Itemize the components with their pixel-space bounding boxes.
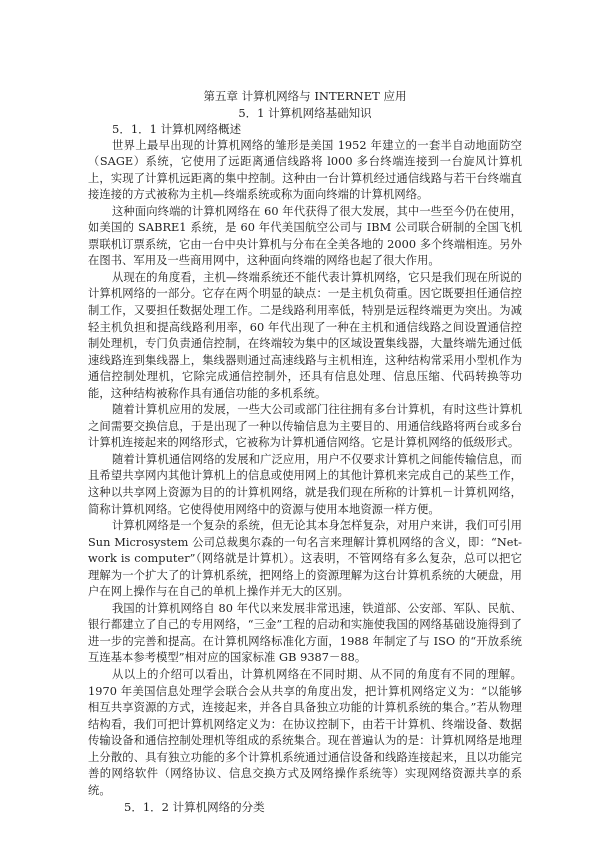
section-title: 5．1 计算机网络基础知识: [88, 105, 522, 122]
paragraph: 随着计算机通信网络的发展和广泛应用，用户不仅要求计算机之间能传输信息，而且希望共…: [88, 452, 522, 518]
subsection-heading-overview: 5．1．1 计算机网络概述: [88, 121, 522, 138]
paragraph: 从以上的介绍可以看出，计算机网络在不同时期、从不同的角度有不同的理解。1970 …: [88, 667, 522, 799]
paragraph: 从现在的角度看，主机—终端系统还不能代表计算机网络，它只是我们现在所说的计算机网…: [88, 270, 522, 402]
document-page: 第五章 计算机网络与 INTERNET 应用 5．1 计算机网络基础知识 5．1…: [88, 88, 522, 816]
paragraph: 这种面向终端的计算机网络在 60 年代获得了很大发展，其中一些至今仍在使用，如美…: [88, 204, 522, 270]
subsection-heading-classification: 5．1．2 计算机网络的分类: [88, 799, 522, 816]
paragraph: 计算机网络是一个复杂的系统，但无论其本身怎样复杂，对用户来讲，我们可引用 Sun…: [88, 518, 522, 601]
paragraph: 随着计算机应用的发展，一些大公司或部门往往拥有多台计算机，有时这些计算机之间需要…: [88, 402, 522, 452]
paragraph: 世界上最早出现的计算机网络的雏形是美国 1952 年建立的一套半自动地面防空（S…: [88, 138, 522, 204]
chapter-title: 第五章 计算机网络与 INTERNET 应用: [88, 88, 522, 105]
paragraph: 我国的计算机网络自 80 年代以来发展非常迅速，铁道部、公安部、军队、民航、银行…: [88, 601, 522, 667]
